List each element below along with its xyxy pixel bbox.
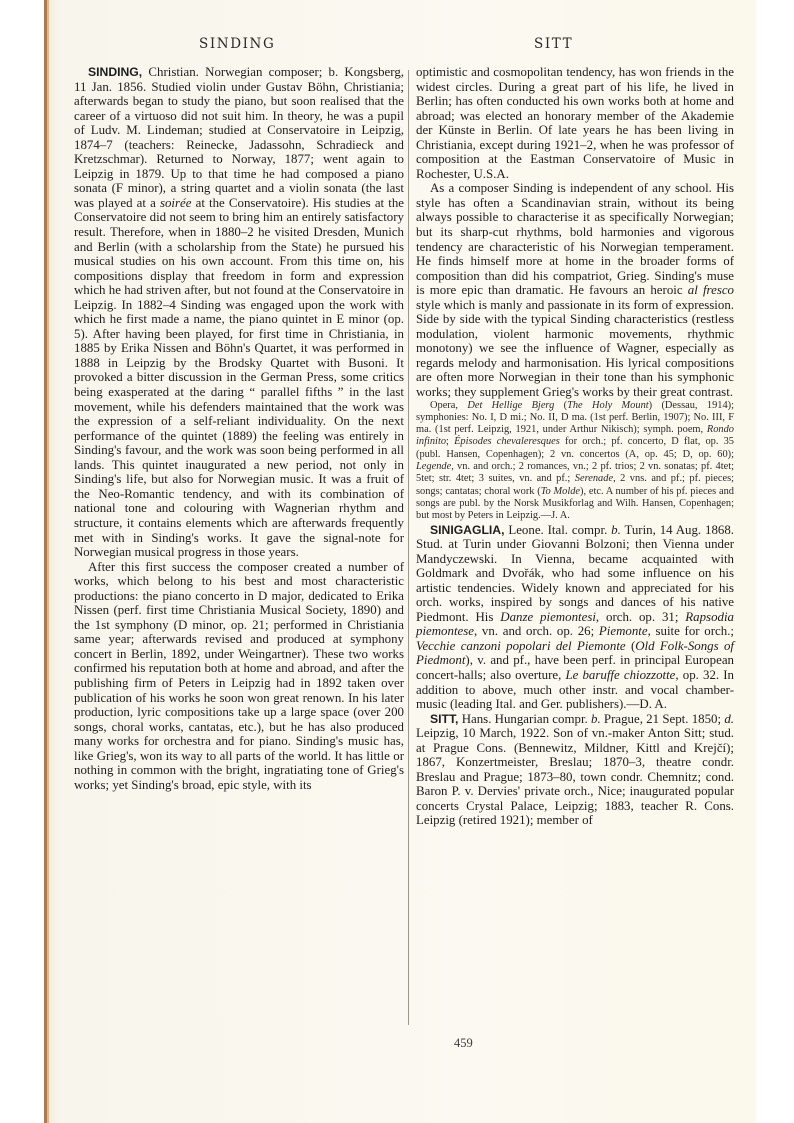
contributor-signature: D. A. [639,697,667,711]
left-column: SINDING, Christian. Norwegian composer; … [74,65,404,792]
entry-sinding-style-paragraph: As a composer Sinding is independent of … [416,181,734,399]
entry-sitt: SITT, Hans. Hungarian compr. b. Prague, … [416,712,734,828]
entry-sinigaglia: SINIGAGLIA, Leone. Ital. compr. b. Turin… [416,523,734,712]
headword-sitt: SITT, [430,712,458,726]
entry-sinding-continued: optimistic and cosmopolitan tendency, ha… [416,65,734,181]
running-head-right: SITT [534,36,573,52]
headword-sinigaglia: SINIGAGLIA, [430,523,504,537]
right-column: optimistic and cosmopolitan tendency, ha… [416,65,734,828]
entry-sinding-paragraph-1: SINDING, Christian. Norwegian composer; … [74,65,404,560]
column-divider [408,70,409,1025]
book-page: SINDING SITT SINDING, Christian. Norwegi… [44,0,756,1123]
headword-sinding: SINDING, [88,65,142,79]
running-head-left: SINDING [199,36,275,52]
entry-sinding-name: Christian. [148,65,199,79]
entry-sinding-paragraph-2: After this first success the composer cr… [74,560,404,793]
entry-sinding-works-list: Opera, Det Hellige Bjerg (The Holy Mount… [416,400,734,523]
page-number: 459 [454,1036,473,1051]
